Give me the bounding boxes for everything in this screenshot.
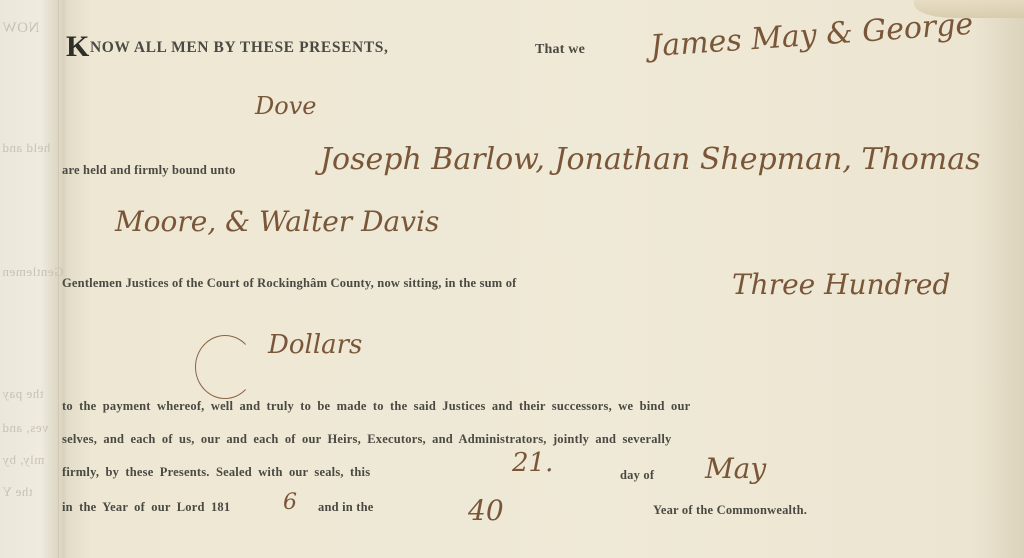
year-digit-handwriting: 6: [283, 490, 297, 515]
heading-text: NOW ALL MEN BY THESE PRESENTS,: [90, 39, 389, 56]
bleed-through-text: the Y: [2, 484, 33, 500]
that-we-label: That we: [535, 42, 585, 58]
month-handwriting: May: [705, 452, 766, 485]
bleed-through-text: mly, by: [2, 452, 44, 468]
heirs-clause: selves, and each of us, our and each of …: [62, 432, 671, 447]
day-handwriting: 21.: [512, 448, 553, 478]
sum-amount-handwriting: Three Hundred: [732, 268, 950, 301]
facing-page-edge: NOW held and Gentlemen the pay ves, and …: [0, 0, 59, 558]
drop-cap: K: [66, 30, 90, 63]
and-in-the-label: and in the: [318, 500, 374, 515]
bleed-through-text: ves, and: [2, 420, 49, 436]
year-of-lord-label: in the Year of our Lord 181: [62, 500, 230, 515]
sealed-clause: firmly, by these Presents. Sealed with o…: [62, 465, 370, 480]
obligors-handwriting-2: Dove: [255, 92, 316, 120]
flourish-mark: [195, 335, 255, 399]
obligors-handwriting-1: James May & George: [649, 7, 974, 64]
justices-handwriting-1: Joseph Barlow, Jonathan Shepman, Thomas: [320, 142, 981, 177]
commonwealth-year-handwriting: 40: [468, 494, 504, 527]
held-bound-label: are held and firmly bound unto: [62, 163, 236, 178]
bleed-through-text: held and: [2, 140, 50, 156]
day-of-label: day of: [620, 468, 654, 483]
justices-handwriting-2: Moore, & Walter Davis: [115, 205, 439, 238]
bleed-through-text: NOW: [2, 20, 39, 37]
bleed-through-text: the pay: [2, 386, 43, 402]
commonwealth-label: Year of the Commonwealth.: [653, 503, 807, 518]
payment-clause: to the payment whereof, well and truly t…: [62, 399, 690, 414]
sum-unit-handwriting: Dollars: [268, 330, 362, 360]
document-page: NOW held and Gentlemen the pay ves, and …: [0, 0, 1024, 558]
bond-heading: KNOW ALL MEN BY THESE PRESENTS,: [66, 32, 388, 62]
bleed-through-text: Gentlemen: [2, 264, 64, 280]
justices-court-label: Gentlemen Justices of the Court of Rocki…: [62, 276, 517, 291]
